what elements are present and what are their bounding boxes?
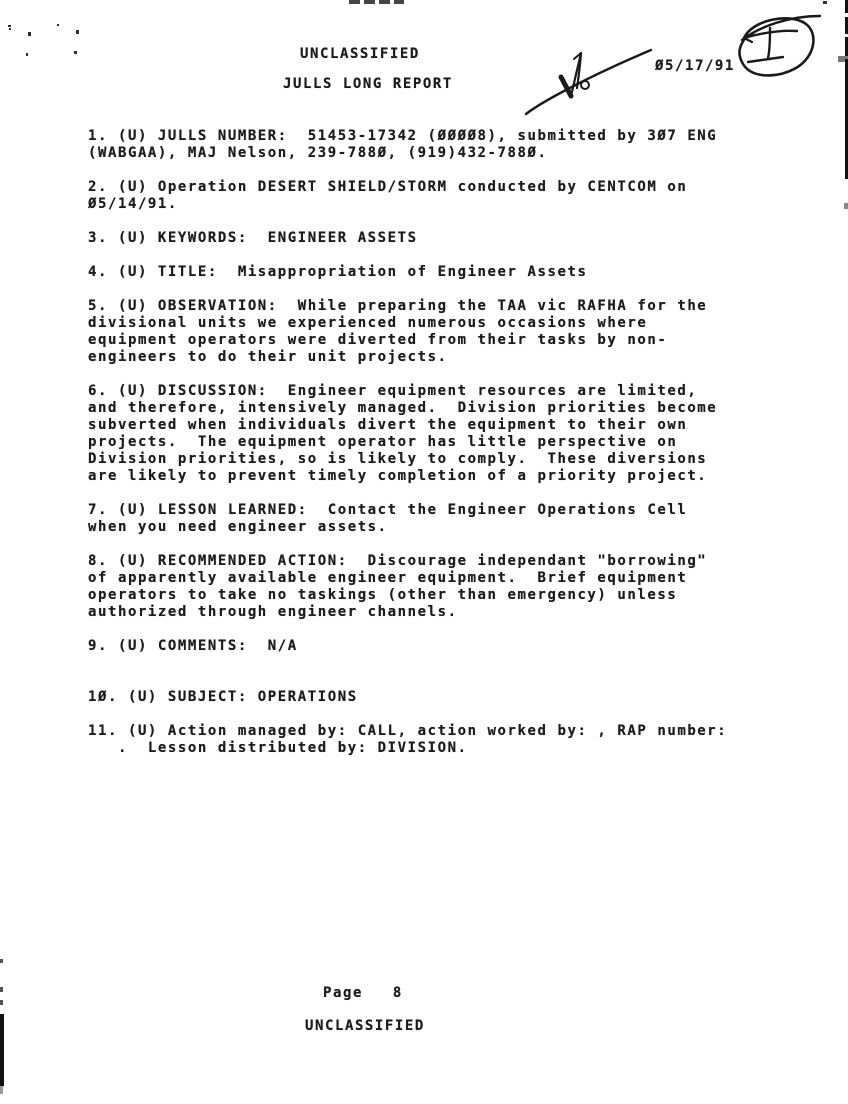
circled-roman-numeral-one <box>715 2 845 97</box>
paragraph-observation: 5. (U) OBSERVATION: While preparing the … <box>88 298 768 366</box>
paragraph-keywords: 3. (U) KEYWORDS: ENGINEER ASSETS <box>88 230 768 247</box>
paragraph-action-managed: 11. (U) Action managed by: CALL, action … <box>88 723 768 757</box>
paragraph-recommended-action: 8. (U) RECOMMENDED ACTION: Discourage in… <box>88 553 768 621</box>
scanned-document-page: UNCLASSIFIED JULLS LONG REPORT Ø5/17/91 … <box>0 0 848 1104</box>
page-number: Page 8 <box>323 985 403 1002</box>
paragraph-comments: 9. (U) COMMENTS: N/A <box>88 638 768 655</box>
paragraph-julls-number: 1. (U) JULLS NUMBER: 51453-17342 (ØØØØ8)… <box>88 128 768 162</box>
footer-classification: UNCLASSIFIED <box>305 1018 425 1035</box>
paragraph-operation: 2. (U) Operation DESERT SHIELD/STORM con… <box>88 179 768 213</box>
header-classification: UNCLASSIFIED <box>300 46 420 63</box>
paragraph-subject: 1Ø. (U) SUBJECT: OPERATIONS <box>88 689 768 706</box>
paragraph-title: 4. (U) TITLE: Misappropriation of Engine… <box>88 264 768 281</box>
paragraph-discussion: 6. (U) DISCUSSION: Engineer equipment re… <box>88 383 768 485</box>
report-title: JULLS LONG REPORT <box>283 76 453 93</box>
paragraph-lesson-learned: 7. (U) LESSON LEARNED: Contact the Engin… <box>88 502 768 536</box>
document-body: 1. (U) JULLS NUMBER: 51453-17342 (ØØØØ8)… <box>88 128 768 774</box>
